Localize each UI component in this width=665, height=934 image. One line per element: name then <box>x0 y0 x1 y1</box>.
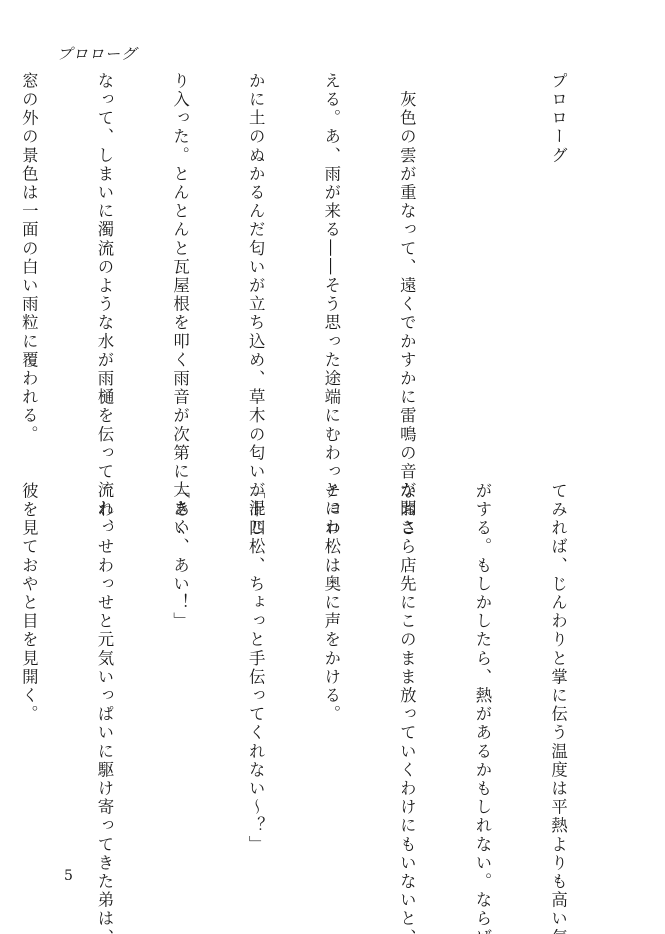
text-column: なって、しまいに濁流のような水が雨樋を伝って流れ、 <box>92 72 117 467</box>
text-column: てみれば、じんわりと掌に伝う温度は平熱よりも高い気 <box>545 482 570 877</box>
text-column: わっせわっせと元気いっぱいに駆け寄ってきた弟は、 <box>92 482 117 877</box>
text-column: なおさら店先にこのまま放っていくわけにもいないと、 <box>394 482 419 877</box>
page-number: 5 <box>64 868 73 884</box>
blank-column <box>470 72 495 467</box>
text-column: 窓の外の景色は一面の白い雨粒に覆われる。 <box>16 72 41 467</box>
text-column: える。あ、雨が来る――そう思った途端にむわっとにわ <box>319 72 344 467</box>
text-column: チョロ松は奥に声をかける。 <box>319 482 344 877</box>
text-column: り入った。とんとんと瓦屋根を叩く雨音が次第に大きく <box>167 72 192 467</box>
text-column: かに土のぬかるんだ匂いが立ち込め、草木の匂いが混じ <box>243 72 268 467</box>
text-column: 灰色の雲が重なって、遠くでかすかに雷鳴の音が聞こ <box>394 72 419 467</box>
text-column: 「あい、あい！」 <box>167 482 192 877</box>
chapter-heading: プロローグ <box>545 72 570 467</box>
text-block-top: プロローグ 灰色の雲が重なって、遠くでかすかに雷鳴の音が聞こ える。あ、雨が来る… <box>0 72 621 467</box>
running-head-chapter-title: プロローグ <box>57 43 137 64</box>
text-column: 「十四松、ちょっと手伝ってくれない～？」 <box>243 482 268 877</box>
text-column: 彼を見ておやと目を見開く。 <box>16 482 41 877</box>
text-block-bottom: てみれば、じんわりと掌に伝う温度は平熱よりも高い気 がする。もしかしたら、熱があ… <box>0 482 621 877</box>
text-column: がする。もしかしたら、熱があるかもしれない。ならば <box>470 482 495 877</box>
